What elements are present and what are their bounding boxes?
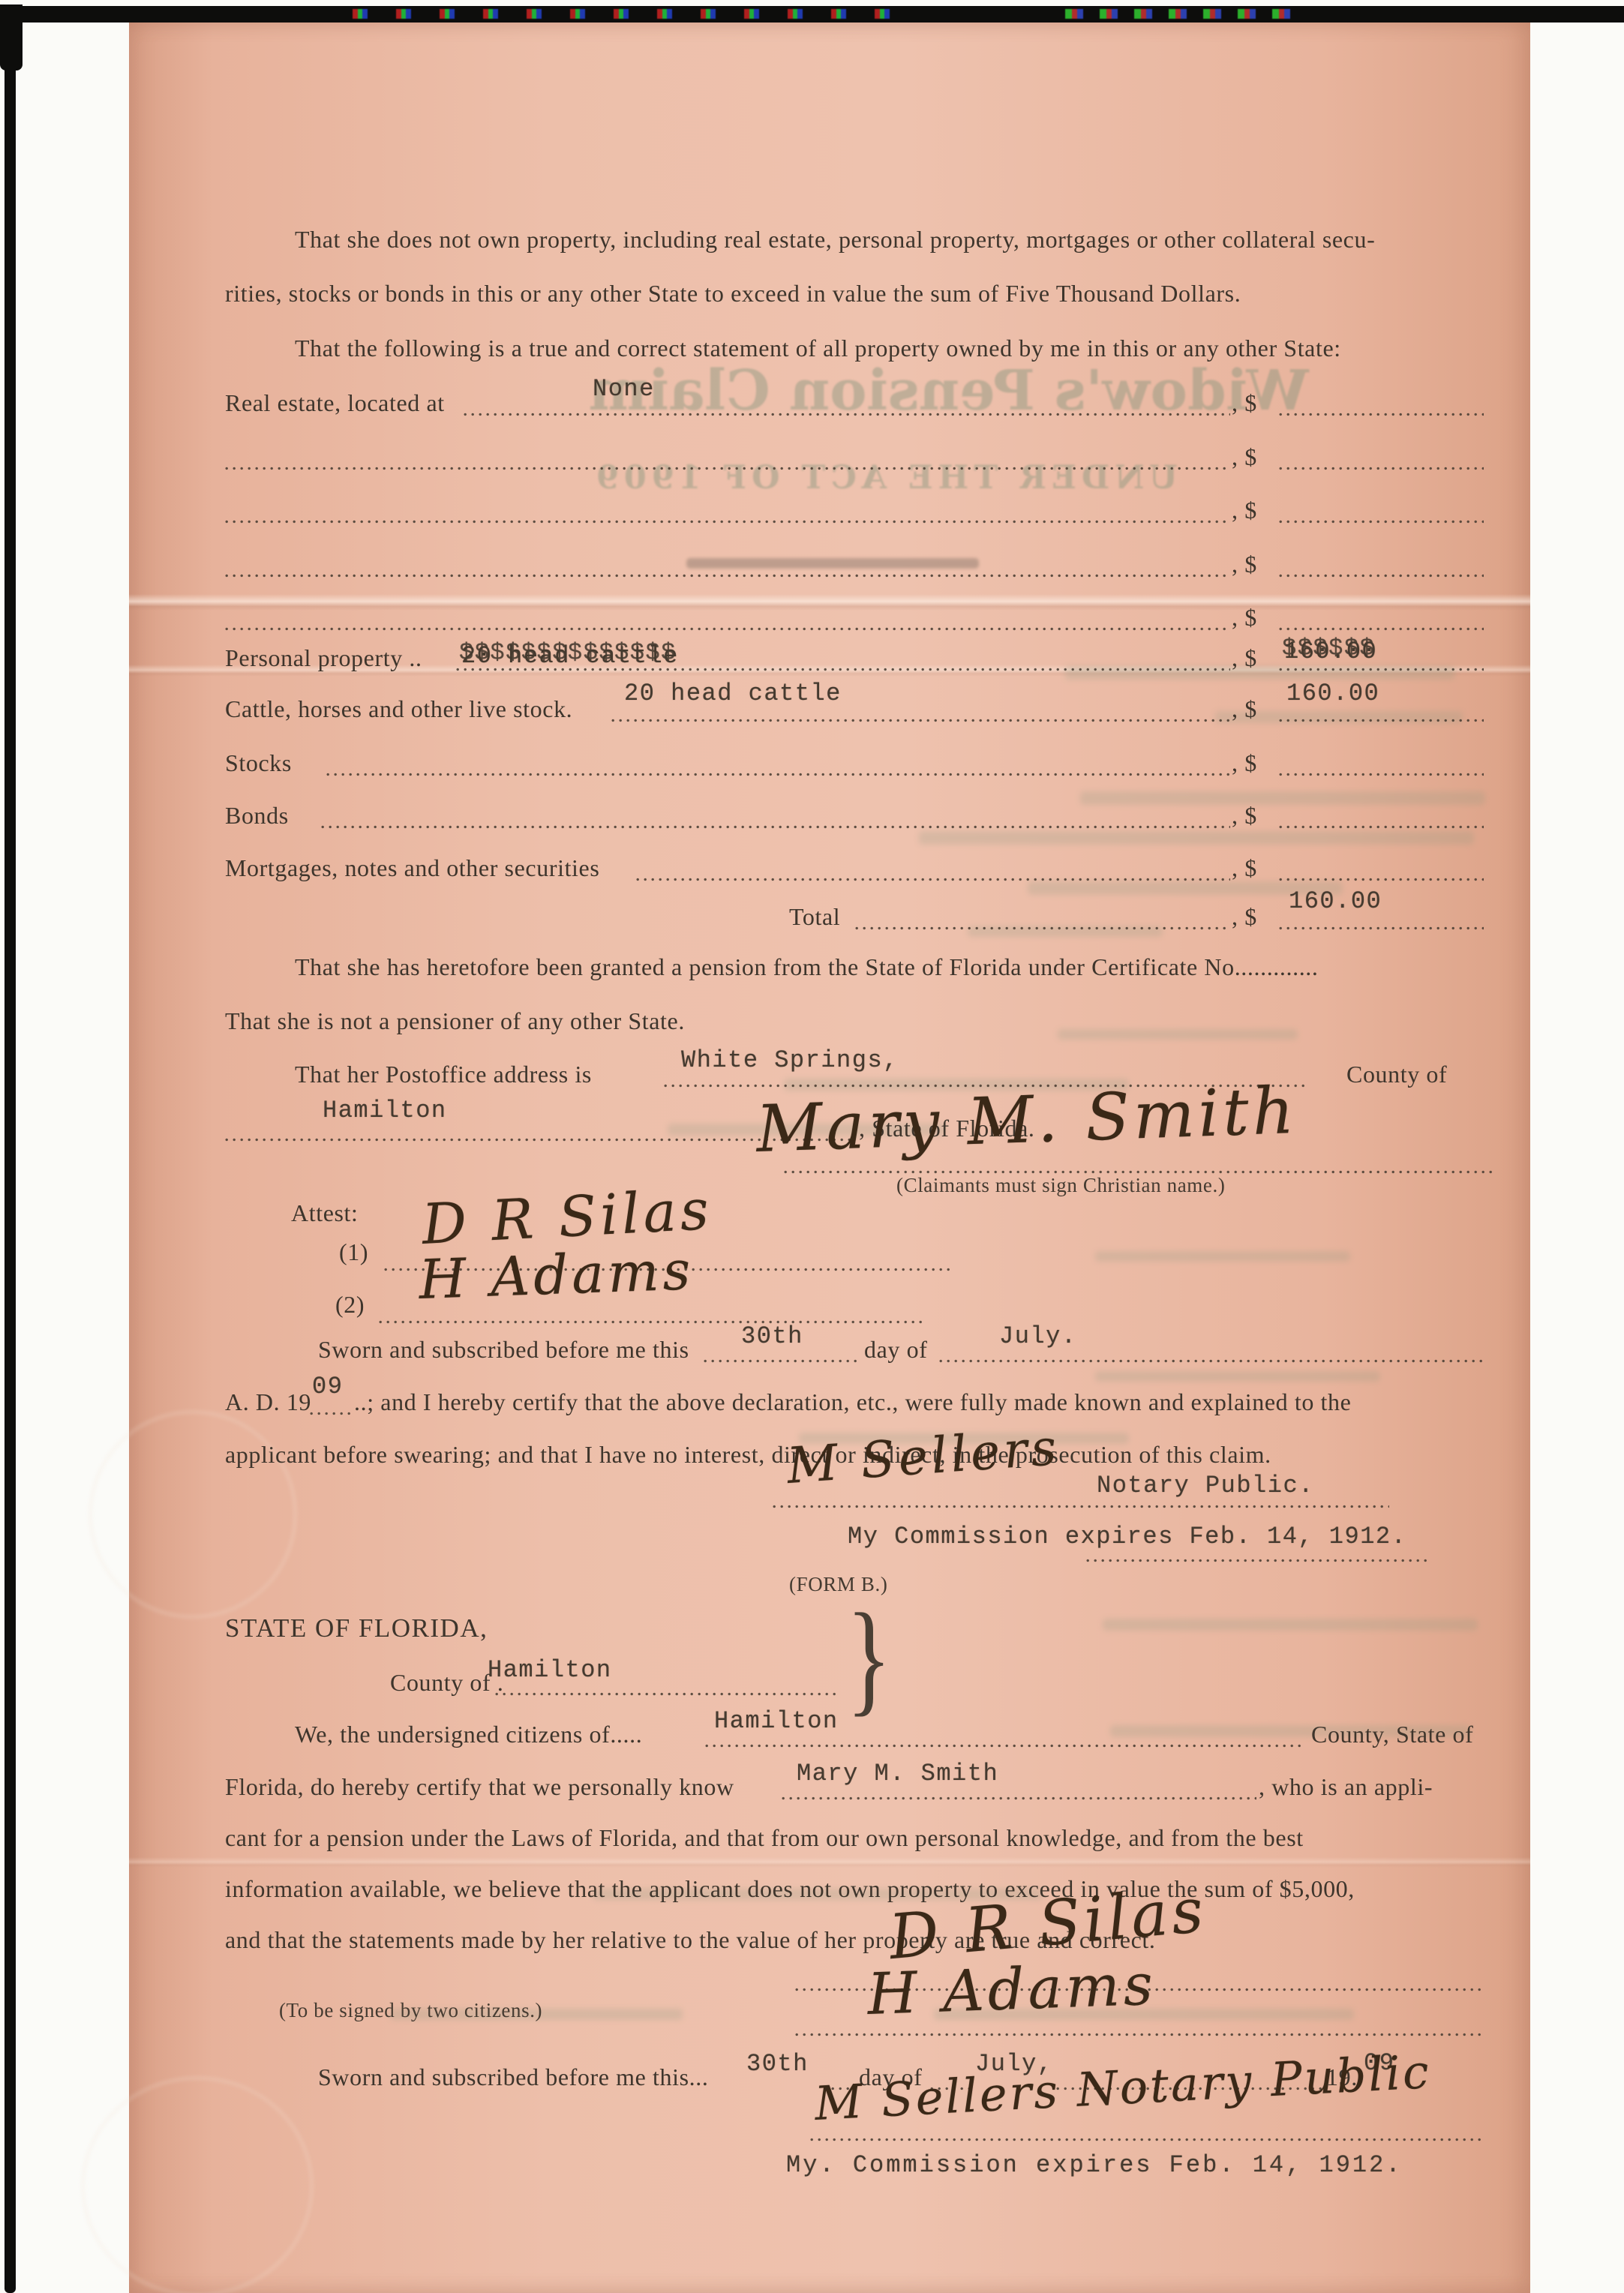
witness-signature-2: H Adams (418, 1238, 695, 1311)
row-livestock-label: Cattle, horses and other live stock. (225, 696, 572, 722)
amount-dollar-sign: , $ (1232, 605, 1257, 631)
amount-dollar-sign: , $ (1232, 444, 1257, 470)
dot-leader (321, 825, 1230, 829)
fold-crease (129, 1857, 1530, 1868)
dot-leader (326, 773, 1230, 776)
intro-paragraph-line-1: That she does not own property, includin… (295, 227, 1375, 253)
attest-number-2: (2) (335, 1292, 365, 1318)
row-livestock-entry: 20 head cattle (624, 680, 842, 707)
dot-leader (225, 520, 1230, 524)
sworn-line-2: Sworn and subscribed before me this... (318, 2064, 708, 2090)
day-of-label-1: day of (864, 1337, 927, 1363)
we-suffix: County, State of (1311, 1721, 1473, 1748)
amount-dollar-sign: , $ (1232, 390, 1257, 416)
row-total-label: Total (789, 904, 840, 930)
ink-smudge (686, 558, 979, 569)
granted-pension-line: That she has heretofore been granted a p… (295, 954, 1319, 980)
row-bonds-label: Bonds (225, 803, 289, 829)
bleed-through-subtitle: UNDER THE ACT OF 1909 (623, 459, 1178, 497)
county-entry: Hamilton (323, 1097, 447, 1124)
dot-leader (1279, 825, 1484, 829)
notary-signature-line-1 (773, 1505, 1389, 1508)
row-real-estate-label: Real estate, located at (225, 390, 445, 416)
fold-crease (129, 594, 1530, 611)
dot-leader (782, 1796, 1256, 1800)
intro-paragraph-line-3: That the following is a true and correct… (295, 335, 1341, 362)
dot-leader (1279, 773, 1484, 776)
dot-leader (225, 574, 1230, 578)
dot-leader (464, 413, 1230, 416)
citizen-signature-line-2 (795, 2033, 1484, 2036)
dot-leader (1279, 467, 1484, 470)
dot-leader (1279, 719, 1484, 722)
strikeout-overtype: $$$$$$$$$$$$$$ (459, 639, 677, 667)
amount-dollar-sign: , $ (1232, 551, 1257, 578)
bleed-through-smudge (1080, 791, 1485, 805)
amount-dollar-sign: , $ (1232, 904, 1257, 930)
scan-corner-block (0, 5, 23, 71)
notary-signature-line-2 (810, 2138, 1484, 2141)
amount-dollar-sign: , $ (1232, 803, 1257, 829)
dot-leader (225, 627, 1230, 631)
dot-leader (310, 1412, 351, 1415)
dot-leader (939, 1359, 1484, 1363)
certify-citizens-line-1: Florida, do hereby certify that we perso… (225, 1774, 734, 1800)
attest-label: Attest: (291, 1200, 359, 1226)
dot-leader (1279, 878, 1484, 881)
amount-dollar-sign: , $ (1232, 645, 1257, 671)
amount-dollar-sign: , $ (1232, 497, 1257, 524)
sworn-day-entry-1: 30th (741, 1322, 803, 1350)
brace-glyph: } (846, 1589, 892, 1727)
dot-leader (1279, 413, 1484, 416)
state-of-florida-heading: STATE OF FLORIDA, (225, 1614, 488, 1643)
postoffice-entry: White Springs, (681, 1046, 899, 1074)
county-of-entry: Hamilton (488, 1656, 612, 1684)
citizen-signature-2: H Adams (866, 1951, 1157, 2027)
dot-leader (855, 926, 1230, 930)
strikeout-overtype: $$$$$$ (1282, 635, 1375, 662)
witness-line-2 (379, 1320, 926, 1324)
commission-line-2: My. Commission expires Feb. 14, 1912. (786, 2151, 1403, 2179)
county-of-suffix: County of (1346, 1061, 1447, 1088)
embossed-seal (81, 2076, 314, 2293)
certify-line-1: ..; and I hereby certify that the above … (354, 1389, 1351, 1415)
ad-19-label: A. D. 19 (225, 1389, 311, 1415)
bleed-through-smudge (1095, 1371, 1380, 1382)
row-stocks-label: Stocks (225, 750, 292, 776)
dot-leader (1279, 668, 1484, 671)
row-real-estate-entry: None (593, 375, 655, 403)
bleed-through-smudge (1095, 1251, 1350, 1262)
we-undersigned-line: We, the undersigned citizens of..... (295, 1721, 642, 1748)
certify-citizens-line-2: cant for a pension under the Laws of Flo… (225, 1825, 1304, 1851)
row-personal-property-label: Personal property .. (225, 645, 422, 671)
scanned-document: Widow's Pension Claim UNDER THE ACT OF 1… (0, 0, 1624, 2293)
sworn-month-entry-1: July. (999, 1322, 1077, 1350)
dot-leader (1086, 1559, 1431, 1562)
scan-iridescence-2 (1065, 9, 1290, 19)
dot-leader (1279, 926, 1484, 930)
county-of-label: County of . (390, 1670, 504, 1696)
not-pensioner-line: That she is not a pensioner of any other… (225, 1008, 685, 1034)
dot-leader (636, 878, 1230, 881)
dot-leader (1279, 627, 1484, 631)
sworn-day-entry-2: 30th (746, 2050, 809, 2078)
scan-left-strip (5, 8, 16, 2293)
certify-citizens-line-1b: , who is an appli- (1259, 1774, 1433, 1800)
dot-leader (611, 719, 1230, 722)
row-total-amount: 160.00 (1289, 887, 1382, 915)
commission-line-1: My Commission expires Feb. 14, 1912. (848, 1523, 1406, 1550)
dot-leader (1279, 574, 1484, 578)
postoffice-label: That her Postoffice address is (295, 1061, 592, 1088)
christian-name-note: (Claimants must sign Christian name.) (896, 1175, 1225, 1197)
bleed-through-smudge (1103, 1619, 1478, 1631)
amount-dollar-sign: , $ (1232, 696, 1257, 722)
bleed-through-smudge (919, 831, 1474, 845)
sworn-line-1: Sworn and subscribed before me this (318, 1337, 689, 1363)
row-mortgages-label: Mortgages, notes and other securities (225, 855, 599, 881)
intro-paragraph-line-2: rities, stocks or bonds in this or any o… (225, 281, 1241, 307)
dot-leader (705, 1744, 1304, 1748)
dot-leader (225, 467, 1230, 470)
row-livestock-amount: 160.00 (1286, 680, 1379, 707)
attest-number-1: (1) (339, 1239, 368, 1265)
notary-title: Notary Public. (1097, 1472, 1314, 1499)
amount-dollar-sign: , $ (1232, 855, 1257, 881)
dot-leader (1279, 520, 1484, 524)
certify-line-2: applicant before swearing; and that I ha… (225, 1442, 1271, 1468)
bleed-through-smudge (1058, 1029, 1298, 1040)
scan-iridescence (353, 9, 893, 19)
dot-leader (495, 1692, 839, 1696)
amount-dollar-sign: , $ (1232, 750, 1257, 776)
we-county-entry: Hamilton (714, 1707, 839, 1735)
ad-year-entry: 09 (312, 1373, 343, 1400)
applicant-name-entry: Mary M. Smith (797, 1760, 998, 1787)
dot-leader (704, 1359, 861, 1363)
two-citizens-note: (To be signed by two citizens.) (279, 2000, 542, 2022)
